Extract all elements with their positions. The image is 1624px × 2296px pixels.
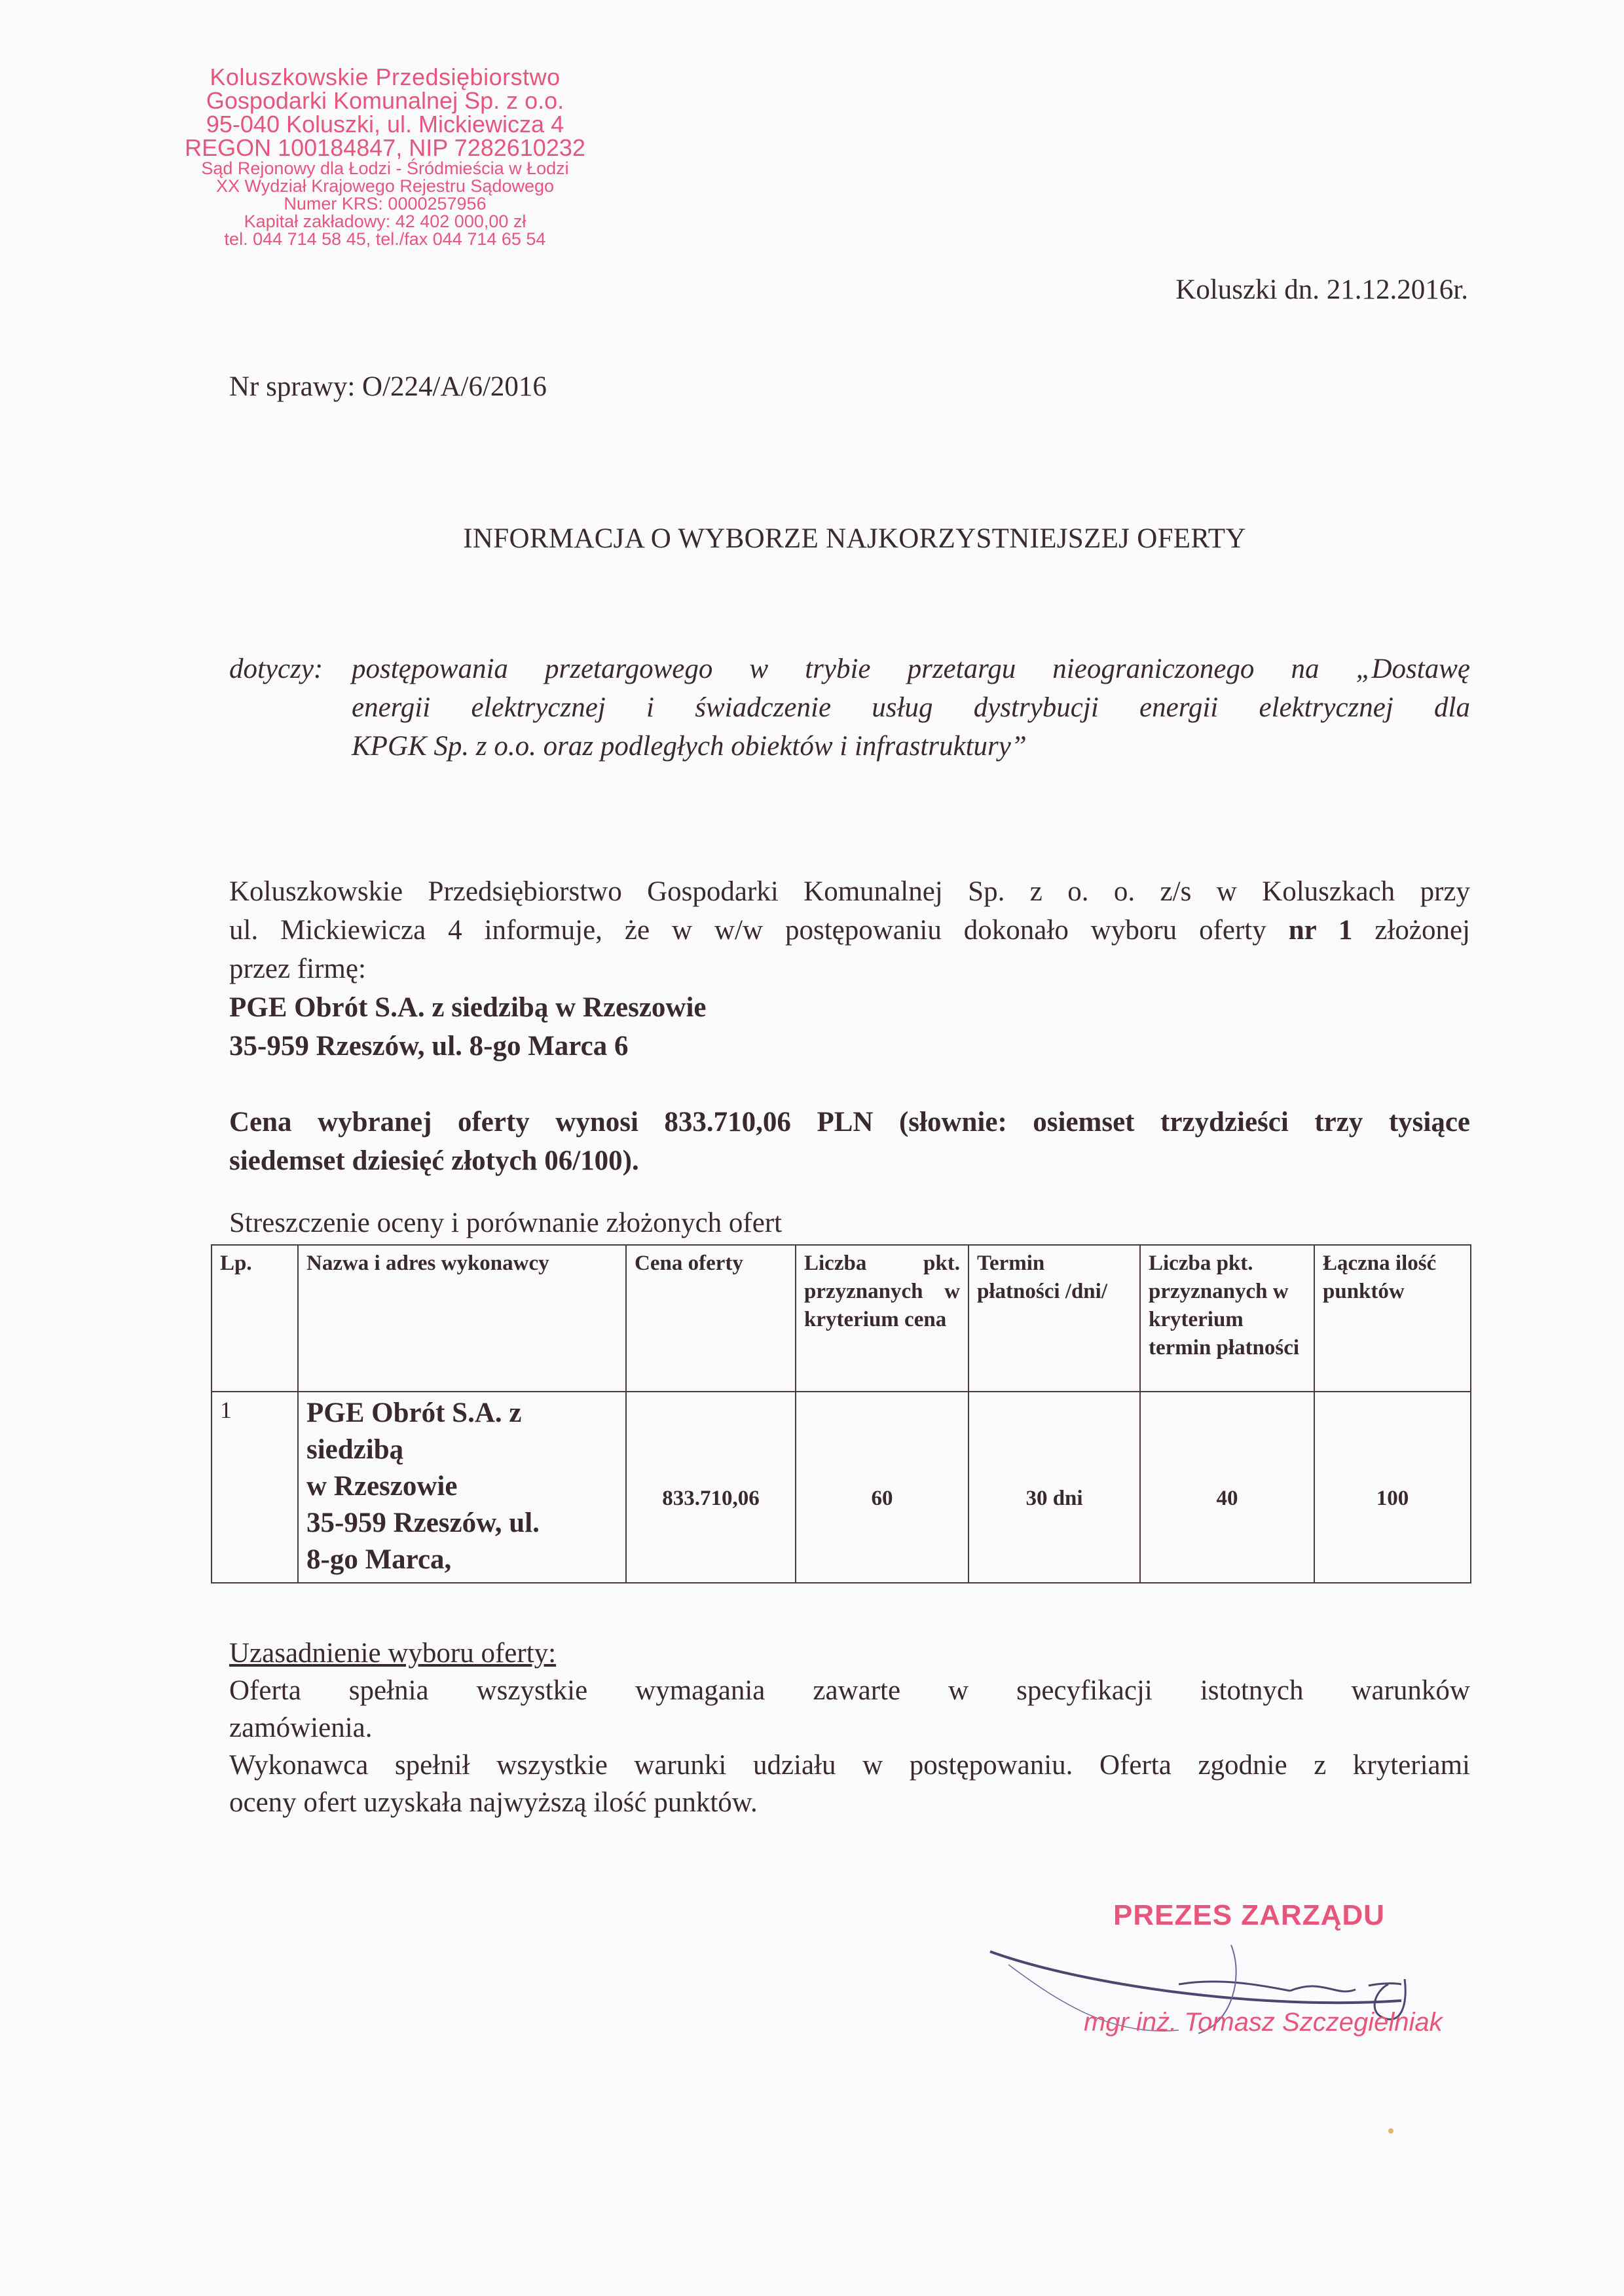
table-row: 1 PGE Obrót S.A. z siedzibą w Rzeszowie … [212,1392,1471,1583]
price-line: Cena wybranej oferty wynosi 833.710,06 P… [229,1103,1470,1141]
announcement-text: złożonej [1352,915,1470,946]
signature-stamp-title: PREZES ZARZĄDU [1113,1899,1385,1932]
header-total-points: Łączna ilość punktów [1314,1245,1471,1392]
justification-line: Oferta spełnia wszystkie wymagania zawar… [229,1672,1470,1709]
header-price: Cena oferty [626,1245,796,1392]
subject-line: postępowania przetargowego w trybie prze… [352,654,1470,684]
stamp-line: Numer KRS: 0000257956 [156,195,614,213]
cell-payment-term: 30 dni [969,1392,1140,1583]
contractor-line: PGE Obrót S.A. z [306,1395,618,1432]
subject-block: dotyczy:postępowania przetargowego w try… [229,650,1470,766]
case-number: Nr sprawy: O/224/A/6/2016 [229,371,547,403]
stamp-line: Koluszkowskie Przedsiębiorstwo [156,65,614,89]
stamp-line: XX Wydział Krajowego Rejestru Sądowego [156,177,614,195]
document-title: INFORMACJA O WYBORZE NAJKORZYSTNIEJSZEJ … [0,523,1624,555]
subject-label: dotyczy: [229,650,352,688]
signatory-name: mgr inż. Tomasz Szczegielniak [1084,2008,1443,2037]
subject-line: KPGK Sp. z o.o. oraz podległych obiektów… [229,727,1470,766]
justification-line: oceny ofert uzyskała najwyższą ilość pun… [229,1784,1470,1821]
contractor-line: siedzibą [306,1432,618,1468]
stamp-line: tel. 044 714 58 45, tel./fax 044 714 65 … [156,231,614,248]
announcement-line: przez firmę: [229,950,1470,988]
cell-price-points: 60 [796,1392,969,1583]
winner-address: 35-959 Rzeszów, ul. 8-go Marca 6 [229,1027,1470,1065]
stamp-line: Sąd Rejonowy dla Łodzi - Śródmieścia w Ł… [156,160,614,177]
header-price-points: Liczba pkt. przyznanych w kryterium cena [796,1245,969,1392]
scan-mark [1388,2128,1393,2134]
cell-lp: 1 [212,1392,298,1583]
contractor-line: 8-go Marca, [306,1542,618,1578]
stamp-line: 95-040 Koluszki, ul. Mickiewicza 4 [156,113,614,136]
summary-heading: Streszczenie oceny i porównanie złożonyc… [229,1207,782,1239]
cell-total-points: 100 [1314,1392,1471,1583]
header-term-points: Liczba pkt. przyznanych w kryterium term… [1140,1245,1314,1392]
contractor-line: 35-959 Rzeszów, ul. [306,1505,618,1542]
stamp-line: Kapitał zakładowy: 42 402 000,00 zł [156,213,614,231]
header-payment-term: Termin płatności /dni/ [969,1245,1140,1392]
contractor-line: w Rzeszowie [306,1468,618,1505]
company-stamp: Koluszkowskie Przedsiębiorstwo Gospodark… [156,65,614,248]
subject-line: energii elektrycznej i świadczenie usług… [229,688,1470,727]
cell-price: 833.710,06 [626,1392,796,1583]
price-line: siedemset dziesięć złotych 06/100). [229,1141,1470,1180]
winner-name: PGE Obrót S.A. z siedzibą w Rzeszowie [229,988,1470,1027]
stamp-line: REGON 100184847, NIP 7282610232 [156,136,614,160]
announcement-line: ul. Mickiewicza 4 informuje, że w w/w po… [229,911,1470,950]
announcement-paragraph: Koluszkowskie Przedsiębiorstwo Gospodark… [229,872,1470,1065]
offers-table: Lp. Nazwa i adres wykonawcy Cena oferty … [211,1244,1471,1583]
announcement-text: ul. Mickiewicza 4 informuje, że w w/w po… [229,915,1289,946]
place-date: Koluszki dn. 21.12.2016r. [1175,274,1468,306]
justification-block: Uzasadnienie wyboru oferty: Oferta spełn… [229,1635,1470,1821]
selected-price: Cena wybranej oferty wynosi 833.710,06 P… [229,1103,1470,1180]
offer-number: nr 1 [1289,915,1353,946]
justification-heading: Uzasadnienie wyboru oferty: [229,1635,1470,1672]
header-contractor: Nazwa i adres wykonawcy [298,1245,626,1392]
header-lp: Lp. [212,1245,298,1392]
handwritten-signature-icon [982,1938,1454,2056]
stamp-line: Gospodarki Komunalnej Sp. z o.o. [156,89,614,113]
announcement-line: Koluszkowskie Przedsiębiorstwo Gospodark… [229,872,1470,911]
cell-term-points: 40 [1140,1392,1314,1583]
justification-line: Wykonawca spełnił wszystkie warunki udzi… [229,1747,1470,1784]
cell-contractor: PGE Obrót S.A. z siedzibą w Rzeszowie 35… [298,1392,626,1583]
table-header-row: Lp. Nazwa i adres wykonawcy Cena oferty … [212,1245,1471,1392]
justification-line: zamówienia. [229,1709,1470,1747]
